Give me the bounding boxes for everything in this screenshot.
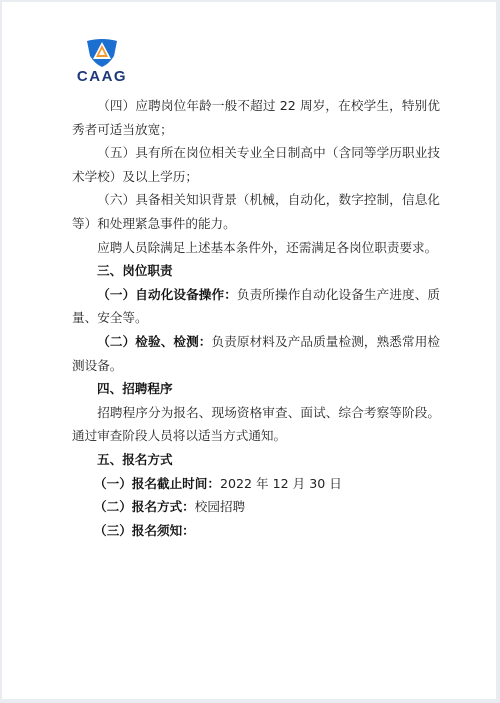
section-heading-procedure: 四、招聘程序 — [72, 377, 440, 401]
section-heading-application: 五、报名方式 — [72, 448, 440, 472]
duty-label: （二）检验、检测： — [97, 334, 211, 349]
caag-logo: CAAG — [74, 38, 130, 90]
logo-text: CAAG — [74, 68, 130, 85]
procedure-text: 招聘程序分为报名、现场资格审查、面试、综合考察等阶段。通过审查阶段人员将以适当方… — [72, 401, 440, 448]
duty-item-2: （二）检验、检测：负责原材料及产品质量检测，熟悉常用检测设备。 — [72, 330, 440, 377]
duty-label: （一）自动化设备操作： — [97, 287, 237, 302]
application-value: 校园招聘 — [195, 499, 245, 514]
application-item-3: （三）报名须知： — [72, 519, 440, 543]
application-label: （一）报名截止时间： — [94, 476, 220, 491]
application-label: （二）报名方式： — [94, 499, 195, 514]
duty-item-1: （一）自动化设备操作：负责所操作自动化设备生产进度、质量、安全等。 — [72, 283, 440, 330]
requirement-4: （四）应聘岗位年龄一般不超过 22 周岁，在校学生，特别优秀者可适当放宽； — [72, 94, 440, 141]
document-page: CAAG （四）应聘岗位年龄一般不超过 22 周岁，在校学生，特别优秀者可适当放… — [2, 2, 496, 699]
requirement-5: （五）具有所在岗位相关专业全日制高中（含同等学历职业技术学校）及以上学历； — [72, 141, 440, 188]
application-item-2: （二）报名方式：校园招聘 — [72, 495, 440, 519]
application-item-1: （一）报名截止时间：2022 年 12 月 30 日 — [72, 472, 440, 496]
application-value: 2022 年 12 月 30 日 — [220, 476, 342, 491]
additional-requirement: 应聘人员除满足上述基本条件外，还需满足各岗位职责要求。 — [72, 236, 440, 260]
application-label: （三）报名须知： — [94, 523, 195, 538]
requirement-6: （六）具备相关知识背景（机械，自动化，数字控制，信息化等）和处理紧急事件的能力。 — [72, 188, 440, 235]
section-heading-duties: 三、岗位职责 — [72, 259, 440, 283]
document-body: （四）应聘岗位年龄一般不超过 22 周岁，在校学生，特别优秀者可适当放宽； （五… — [72, 94, 440, 542]
shield-logo-icon — [84, 38, 120, 68]
